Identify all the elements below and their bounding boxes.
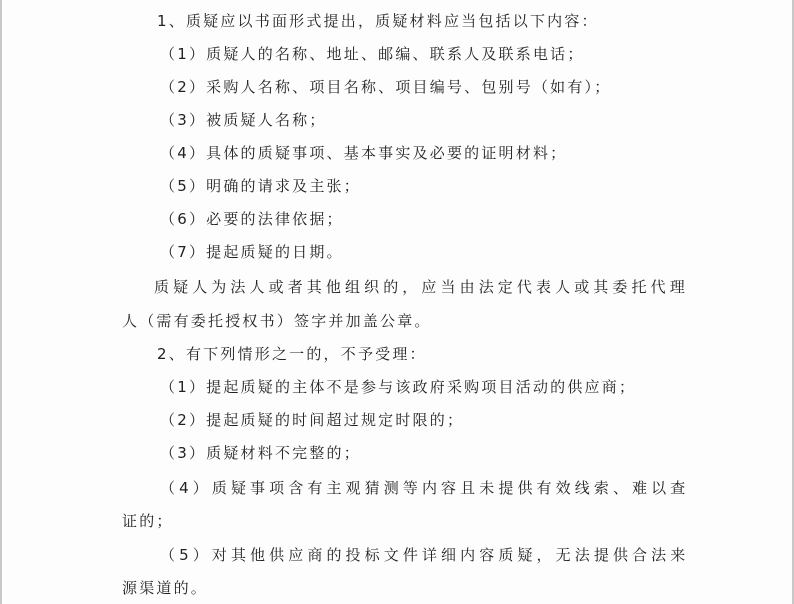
document-line-j5b: 源渠道的。 (122, 578, 208, 598)
document-line-i2: （2）采购人名称、项目名称、项目编号、包别号（如有）； (160, 77, 611, 97)
document-line-i1: （1）质疑人的名称、地址、邮编、联系人及联系电话； (160, 44, 585, 64)
document-line-i6: （6）必要的法律依据； (160, 209, 344, 229)
document-line-h1: 1、质疑应以书面形式提出，质疑材料应当包括以下内容： (157, 11, 599, 31)
document-page: 1、质疑应以书面形式提出，质疑材料应当包括以下内容：（1）质疑人的名称、地址、邮… (0, 0, 794, 604)
document-line-i5: （5）明确的请求及主张； (160, 176, 361, 196)
document-line-p1a: 质疑人为法人或者其他组织的，应当由法定代表人或其委托代理 (154, 277, 689, 297)
document-line-i4: （4）具体的质疑事项、基本事实及必要的证明材料； (160, 143, 567, 163)
document-line-j1: （1）提起质疑的主体不是参与该政府采购项目活动的供应商； (160, 377, 636, 397)
document-line-h2: 2、有下列情形之一的，不予受理： (157, 344, 427, 364)
document-line-j5a: （5）对其他供应商的投标文件详细内容质疑，无法提供合法来 (160, 545, 689, 565)
document-line-j2: （2）提起质疑的时间超过规定时限的； (160, 410, 464, 430)
document-line-j4a: （4）质疑事项含有主观猜测等内容且未提供有效线索、难以查 (160, 478, 689, 498)
document-line-j4b: 证的； (122, 511, 174, 531)
document-line-p1b: 人（需有委托授权书）签字并加盖公章。 (122, 311, 432, 331)
document-line-j3: （3）质疑材料不完整的； (160, 443, 361, 463)
document-line-i7: （7）提起质疑的日期。 (160, 242, 344, 262)
document-line-i3: （3）被质疑人名称； (160, 110, 327, 130)
